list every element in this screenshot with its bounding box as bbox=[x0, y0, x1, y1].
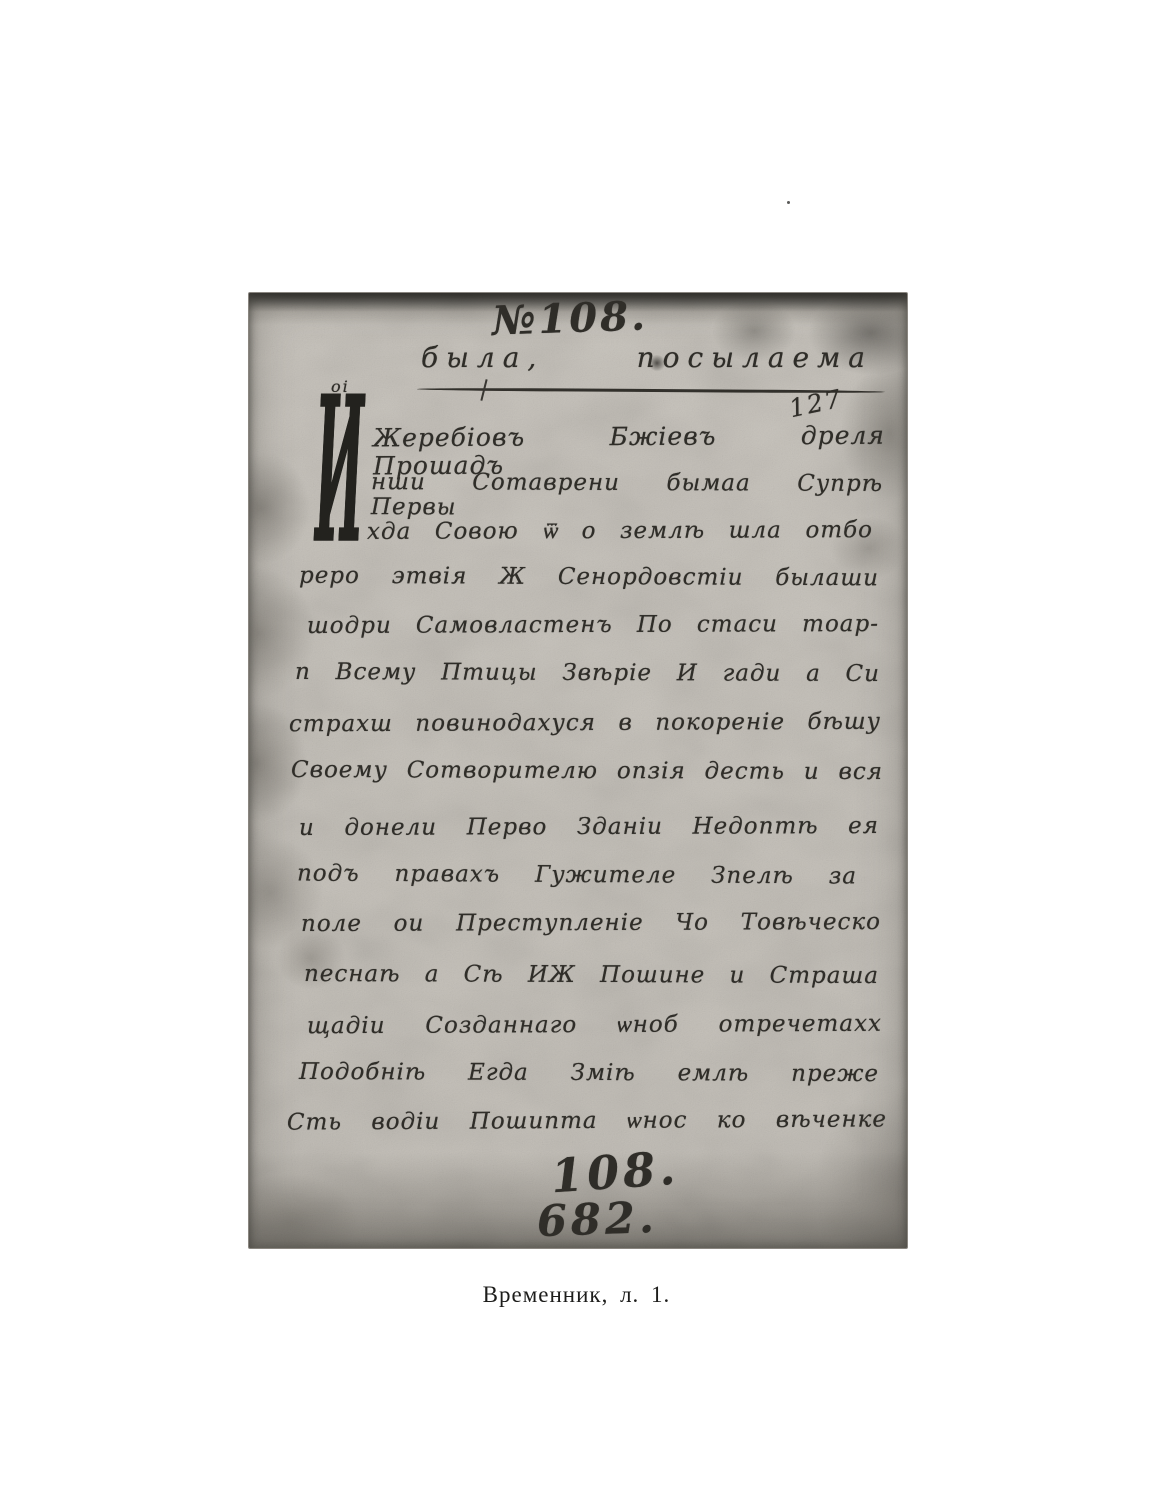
manuscript-line: Сть водіи Пошипта ѡнос ко вѣченке bbox=[287, 1107, 887, 1135]
manuscript-line: Подобніѣ Егда Зміѣ емлѣ преже bbox=[299, 1060, 879, 1087]
plate-caption: Временник, л. 1. bbox=[0, 1282, 1153, 1308]
manuscript-line: поле ои Преступленіе Чо Товѣческо bbox=[301, 910, 881, 937]
manuscript-line: и донели Перво Зданіи Недоптѣ ея bbox=[299, 814, 879, 841]
manuscript-line: страхш повинодахуся в покореніе бѣшу bbox=[289, 710, 881, 738]
manuscript-line: хда Совою ѿ о землѣ шла отбо bbox=[367, 518, 873, 545]
initial-letter: И bbox=[315, 393, 364, 549]
manuscript-line: подъ правахъ Гужителе Зпелѣ за bbox=[297, 862, 857, 890]
manuscript-photo-plate: №108. была, посылаема оі 127 И Жеребіовъ… bbox=[248, 292, 908, 1249]
manuscript-line: щадіи Созданнаго ѡноб отречетахх bbox=[307, 1012, 882, 1040]
archival-note: была, посылаема bbox=[421, 341, 873, 374]
manuscript-line: п Всему Птицы Звѣріе И гади а Си bbox=[295, 660, 880, 687]
shelfmark-number-bottom: 682. bbox=[536, 1193, 658, 1247]
manuscript-line: Своему Сотворителю опзія десть и вся bbox=[291, 758, 883, 785]
manuscript-line: нши Сотаврени бымаа Супрѣ Первы bbox=[371, 470, 883, 522]
book-page: { "plate": { "header": { "number": "№108… bbox=[0, 0, 1153, 1500]
manuscript-line: реро этвія Ж Сенордовстіи былаши bbox=[299, 564, 879, 592]
manuscript-line: шодри Самовластенъ По стаси тоар- bbox=[307, 612, 879, 639]
dust-speck bbox=[787, 201, 790, 204]
manuscript-line: песнаѣ а Сѣ ИЖ Пошине и Страша bbox=[304, 962, 879, 989]
archival-number: №108. bbox=[491, 292, 648, 344]
